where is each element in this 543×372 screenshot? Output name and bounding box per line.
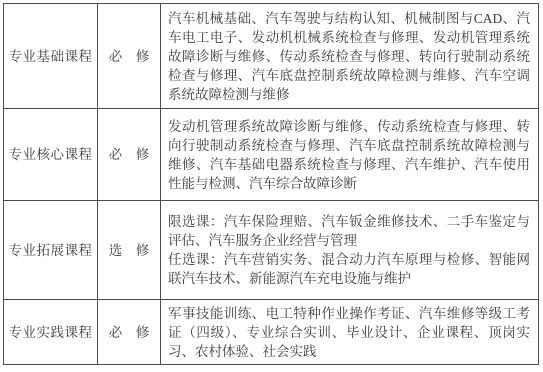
table-row: 专业实践课程 必 修 军事技能训练、电工特种作业操作考证、汽车维修等级工考证（四… <box>4 300 539 365</box>
curriculum-table: 专业基础课程 必 修 汽车机械基础、汽车驾驶与结构认知、机械制图与CAD、汽车电… <box>3 3 539 365</box>
table-row: 专业拓展课程 选 修 限选课：汽车保险理赔、汽车钣金维修技术、二手车鉴定与评估、… <box>4 201 539 300</box>
category-cell: 专业拓展课程 <box>4 201 98 300</box>
table-row: 专业核心课程 必 修 发动机管理系统故障诊断与维修、传动系统检查与修理、转向行驶… <box>4 109 539 201</box>
category-cell: 专业基础课程 <box>4 4 98 109</box>
courses-cell: 军事技能训练、电工特种作业操作考证、汽车维修等级工考证（四级）、专业综合实训、毕… <box>161 300 539 365</box>
course-type-cell: 必 修 <box>98 4 161 109</box>
course-type-cell: 必 修 <box>98 109 161 201</box>
course-type-cell: 必 修 <box>98 300 161 365</box>
category-cell: 专业核心课程 <box>4 109 98 201</box>
courses-cell: 限选课：汽车保险理赔、汽车钣金维修技术、二手车鉴定与评估、汽车服务企业经营与管理… <box>161 201 539 300</box>
category-cell: 专业实践课程 <box>4 300 98 365</box>
courses-cell: 汽车机械基础、汽车驾驶与结构认知、机械制图与CAD、汽车电工电子、发动机机械系统… <box>161 4 539 109</box>
courses-cell: 发动机管理系统故障诊断与维修、传动系统检查与修理、转向行驶制动系统检查与修理、汽… <box>161 109 539 201</box>
course-type-cell: 选 修 <box>98 201 161 300</box>
table-row: 专业基础课程 必 修 汽车机械基础、汽车驾驶与结构认知、机械制图与CAD、汽车电… <box>4 4 539 109</box>
